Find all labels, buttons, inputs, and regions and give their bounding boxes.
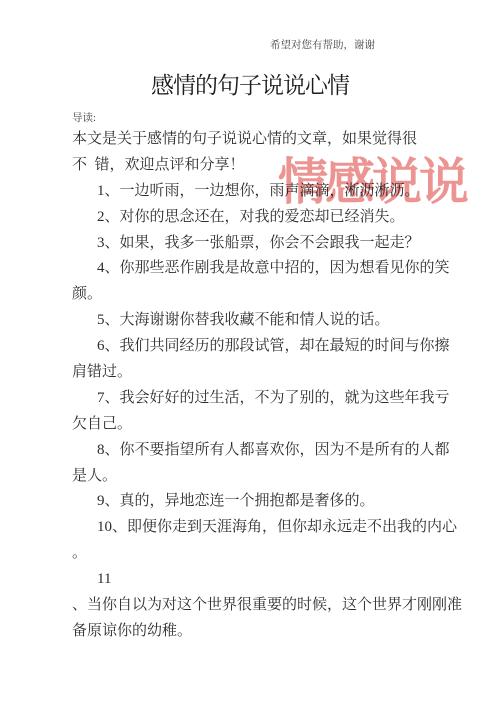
text-line: 2、对你的思念还在，对我的爱恋却已经消失。	[0, 205, 500, 231]
text-line: 4、你那些恶作剧我是故意中招的，因为想看见你的笑	[0, 256, 500, 282]
text-line: 是人。	[0, 464, 500, 490]
text-line: 11	[0, 567, 500, 593]
text-line: 备原谅你的幼稚。	[0, 619, 500, 645]
text-line: 、当你自以为对这个世界很重要的时候，这个世界才刚刚准	[0, 593, 500, 619]
text-line: 9、真的，异地恋连一个拥抱都是奢侈的。	[0, 489, 500, 515]
text-line: 欠自己。	[0, 412, 500, 438]
text-line: 1、一边听雨，一边想你，雨声滴滴，淅沥淅沥。	[0, 179, 500, 205]
page-header-note: 希望对您有帮助，谢谢	[270, 37, 375, 52]
text-line: 5、大海谢谢你替我收藏不能和情人说的话。	[0, 308, 500, 334]
page-title: 感情的句子说说心情	[0, 67, 500, 100]
text-line: 7、我会好好的过生活，不为了别的，就为这些年我亏	[0, 386, 500, 412]
text-line: 3、如果，我多一张船票，你会不会跟我一起走？	[0, 231, 500, 257]
text-line: 颜。	[0, 282, 500, 308]
text-line: 不 错，欢迎点评和分享！	[0, 153, 500, 179]
text-line: 10、即便你走到天涯海角，但你却永远走不出我的内心	[0, 515, 500, 541]
document-body: 本文是关于感情的句子说说心情的文章，如果觉得很不 错，欢迎点评和分享！1、一边听…	[0, 127, 500, 645]
text-line: 8、你不要指望所有人都喜欢你，因为不是所有的人都	[0, 438, 500, 464]
text-line: 本文是关于感情的句子说说心情的文章，如果觉得很	[0, 127, 500, 153]
text-line: 肩错过。	[0, 360, 500, 386]
text-line: 。	[0, 541, 500, 567]
document-page: 希望对您有帮助，谢谢 感情的句子说说心情 导读: 本文是关于感情的句子说说心情的…	[0, 0, 500, 708]
text-line: 6、我们共同经历的那段试管，却在最短的时间与你擦	[0, 334, 500, 360]
lede-label: 导读:	[72, 110, 96, 125]
